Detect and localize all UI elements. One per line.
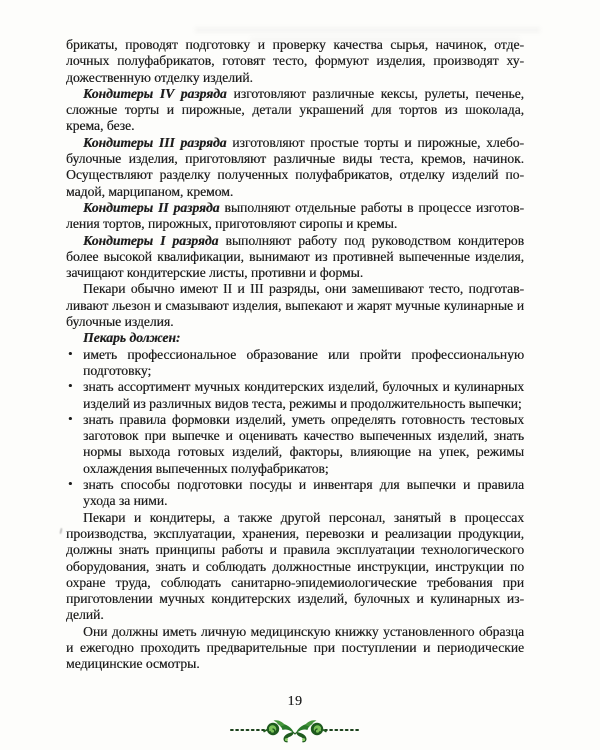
page-number: 19 [66,694,524,710]
paragraph-confectioner-grade-4: Кондитеры IV разряда изготовляют различн… [66,86,524,135]
rank-heading: Кондитеры III разряда [83,135,226,150]
paragraph-confectioner-grade-2: Кондитеры II разряда выполняют отдельные… [66,200,524,233]
duties-list: иметь профессиональное образование или п… [66,347,524,510]
duties-heading: Пекарь должен: [83,330,180,345]
paragraph-baker-duties-heading: Пекарь должен: [66,330,524,346]
paragraph-medical-book: Они должны иметь личную медицинскую книж… [66,624,524,673]
rank-heading: Кондитеры I разряда [83,233,218,248]
paragraph-continuation: брикаты, проводят подготовку и проверку … [66,37,524,86]
footer-ornament-flourish-icon [230,718,360,744]
paragraph-confectioner-grade-1: Кондитеры I разряда выполняют работу под… [66,233,524,282]
list-item: иметь профессиональное образование или п… [66,347,524,380]
text-block: брикаты, проводят подготовку и проверку … [66,37,524,673]
paragraph-confectioner-grade-3: Кондитеры III разряда изготовляют просты… [66,135,524,200]
list-item: знать ассортимент мучных кондитерских из… [66,379,524,412]
book-page: брикаты, проводят подготовку и проверку … [0,0,600,750]
scan-artifact [195,27,540,33]
rank-heading: Кондитеры IV разряда [83,86,227,101]
rank-heading: Кондитеры II разряда [83,200,219,215]
paragraph-bakers-grades: Пекари обычно имеют II и III разряды, он… [66,281,524,330]
list-item: знать правила формовки изделий, уметь оп… [66,412,524,477]
list-item: знать способы подготовки посуды и инвент… [66,477,524,510]
scan-artifact [59,528,62,534]
paragraph-personnel-requirements: Пекари и кондитеры, а также другой персо… [66,510,524,624]
